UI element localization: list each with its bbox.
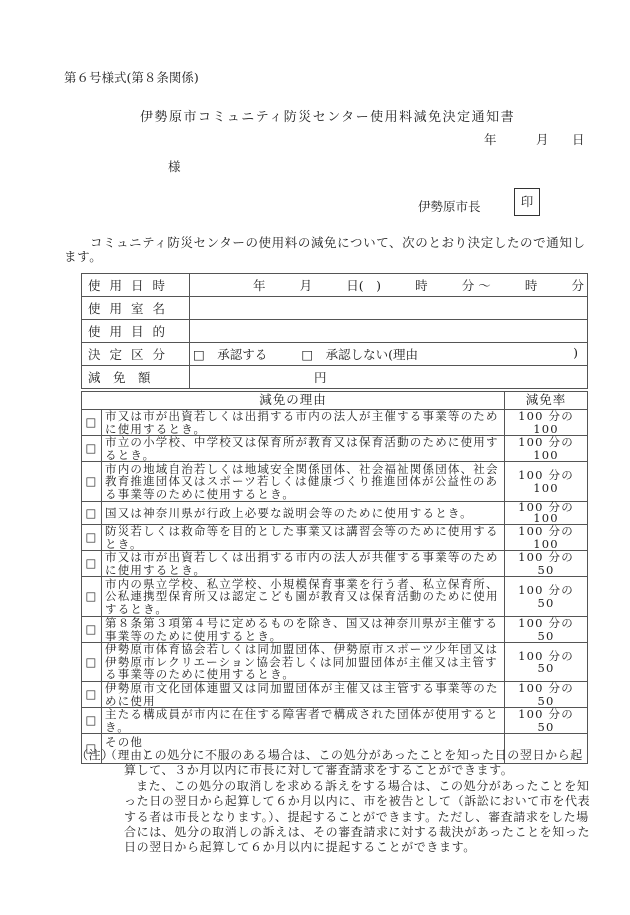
reason-text-9: 伊勢原市体育協会若しくは同加盟団体、伊勢原市スポーツ少年団又は伊勢原市レクリエー…: [102, 643, 505, 682]
reason-row-4: □ 国又は神奈川県が行政上必要な説明会等のために使用するとき。 100 分の 1…: [82, 502, 588, 525]
reason-checkbox-11[interactable]: □: [82, 708, 102, 734]
reason-rate-6: 100 分の 50: [505, 551, 588, 577]
reason-text-4: 国又は神奈川県が行政上必要な説明会等のために使用するとき。: [102, 502, 505, 525]
row-usage-datetime: 使用日時 年 月 日( ) 時 分 〜 時 分: [82, 274, 588, 297]
reason-row-5: □ 防災若しくは救命等を目的とした事業又は講習会等のために使用するとき。 100…: [82, 525, 588, 551]
reason-close-paren: ): [573, 345, 584, 363]
reason-checkbox-7[interactable]: □: [82, 577, 102, 617]
reason-text-1: 市又は市が出資若しくは出捐する市内の法人が主催する事業等のために使用するとき。: [102, 410, 505, 436]
reason-rate-8: 100 分の 50: [505, 617, 588, 643]
row-room-name: 使用室名: [82, 297, 588, 320]
note-text-2: また、この処分の取消しを求める訴えをする場合は、この処分があったことを知った日の…: [124, 779, 590, 855]
dt-min-end: 分: [571, 276, 584, 294]
dt-min-start: 分 〜: [462, 276, 491, 294]
details-table: 使用日時 年 月 日( ) 時 分 〜 時 分 使用室名 使用目的 決定区分 □…: [81, 273, 588, 389]
reason-rate-4: 100 分の 100: [505, 502, 588, 525]
reason-text-7: 市内の県立学校、私立学校、小規模保育事業を行う者、私立保育所、公私連携型保育所又…: [102, 577, 505, 617]
note-section: （注） この処分に不服のある場合は、この処分があったことを知った日の翌日から起算…: [76, 748, 596, 856]
dt-day: 日( ): [346, 276, 381, 294]
reason-checkbox-2[interactable]: □: [82, 436, 102, 462]
value-usage-datetime[interactable]: 年 月 日( ) 時 分 〜 時 分: [190, 274, 588, 297]
reason-checkbox-5[interactable]: □: [82, 525, 102, 551]
other-label: その他: [105, 736, 501, 749]
reasons-table: 減免の理由 減免率 □ 市又は市が出資若しくは出捐する市内の法人が主催する事業等…: [81, 391, 588, 764]
reasons-header: 減免の理由 減免率: [82, 392, 588, 410]
dt-hour-start: 時: [415, 276, 428, 294]
date-day-label: 日: [572, 130, 585, 148]
reason-rate-9: 100 分の 50: [505, 643, 588, 682]
addressee-suffix: 様: [168, 157, 181, 175]
label-usage-datetime: 使用日時: [82, 274, 190, 297]
row-purpose: 使用目的: [82, 320, 588, 343]
reason-text-8: 第８条第３項第４号に定めるものを除き、国又は神奈川県が主催する事業等のために使用…: [102, 617, 505, 643]
label-decision: 決定区分: [82, 343, 190, 366]
dt-hour-end: 時: [525, 276, 538, 294]
reason-checkbox-10[interactable]: □: [82, 682, 102, 708]
reason-row-6: □ 市又は市が出資若しくは出捐する市内の法人が共催する事業等のために使用するとき…: [82, 551, 588, 577]
approve-checkbox[interactable]: □ 承認する: [193, 347, 267, 362]
reason-rate-11: 100 分の 50: [505, 708, 588, 734]
document-title: 伊勢原市コミュニティ防災センター使用料減免決定通知書: [140, 106, 515, 125]
reason-rate-10: 100 分の 50: [505, 682, 588, 708]
header-rate: 減免率: [505, 392, 588, 410]
reason-row-9: □ 伊勢原市体育協会若しくは同加盟団体、伊勢原市スポーツ少年団又は伊勢原市レクリ…: [82, 643, 588, 682]
note-paragraph-2: また、この処分の取消しを求める訴えをする場合は、この処分があったことを知った日の…: [124, 779, 594, 856]
reason-rate-7: 100 分の 50: [505, 577, 588, 617]
reason-rate-5: 100 分の 100: [505, 525, 588, 551]
reason-checkbox-8[interactable]: □: [82, 617, 102, 643]
reason-row-1: □ 市又は市が出資若しくは出捐する市内の法人が主催する事業等のために使用するとき…: [82, 410, 588, 436]
reason-row-3: □ 市内の地域自治若しくは地域安全関係団体、社会福祉関係団体、社会教育推進団体又…: [82, 462, 588, 502]
dt-year: 年: [253, 276, 266, 294]
note-paragraph-1: この処分に不服のある場合は、この処分があったことを知った日の翌日から起算して、３…: [124, 748, 594, 779]
reason-row-11: □ 主たる構成員が市内に在住する障害者で構成された団体が使用するとき。 100 …: [82, 708, 588, 734]
value-purpose[interactable]: [190, 320, 588, 343]
reason-text-5: 防災若しくは救命等を目的とした事業又は講習会等のために使用するとき。: [102, 525, 505, 551]
reason-row-10: □ 伊勢原市文化団体連盟又は同加盟団体が主催又は主管する事業等のために使用 10…: [82, 682, 588, 708]
value-reduction-amount[interactable]: 円: [190, 366, 588, 389]
seal-box: 印: [514, 188, 540, 216]
reason-text-10: 伊勢原市文化団体連盟又は同加盟団体が主催又は主管する事業等のために使用: [102, 682, 505, 708]
value-room-name[interactable]: [190, 297, 588, 320]
dt-month: 月: [300, 276, 313, 294]
reason-checkbox-3[interactable]: □: [82, 462, 102, 502]
reason-text-3: 市内の地域自治若しくは地域安全関係団体、社会福祉関係団体、社会教育推進団体又はス…: [102, 462, 505, 502]
issuer-name: 伊勢原市長: [418, 197, 481, 215]
reason-checkbox-9[interactable]: □: [82, 643, 102, 682]
label-room-name: 使用室名: [82, 297, 190, 320]
intro-sentence: コミュニティ防災センターの使用料の減免について、次のとおり決定したので通知します…: [64, 235, 586, 264]
header-reason: 減免の理由: [82, 392, 505, 410]
value-decision: □ 承認する□ 承認しない(理由 ): [190, 343, 588, 366]
reason-rate-3: 100 分の 100: [505, 462, 588, 502]
date-year-label: 年: [484, 130, 497, 148]
note-head: （注）: [76, 748, 114, 763]
reason-text-11: 主たる構成員が市内に在住する障害者で構成された団体が使用するとき。: [102, 708, 505, 734]
reason-text-6: 市又は市が出資若しくは出捐する市内の法人が共催する事業等のために使用するとき。: [102, 551, 505, 577]
note-text-1: この処分に不服のある場合は、この処分があったことを知った日の翌日から起算して、３…: [124, 748, 583, 777]
row-reduction-amount: 減 免 額 円: [82, 366, 588, 389]
row-decision: 決定区分 □ 承認する□ 承認しない(理由 ): [82, 343, 588, 366]
yen-unit: 円: [193, 370, 327, 385]
reason-checkbox-1[interactable]: □: [82, 410, 102, 436]
reason-text-2: 市立の小学校、中学校又は保育所が教育又は保育活動のために使用するとき。: [102, 436, 505, 462]
reason-rate-2: 100 分の 100: [505, 436, 588, 462]
label-text: 減 免 額: [88, 368, 151, 386]
reason-row-8: □ 第８条第３項第４号に定めるものを除き、国又は神奈川県が主催する事業等のために…: [82, 617, 588, 643]
reason-checkbox-4[interactable]: □: [82, 502, 102, 525]
reason-row-2: □ 市立の小学校、中学校又は保育所が教育又は保育活動のために使用するとき。 10…: [82, 436, 588, 462]
reason-row-7: □ 市内の県立学校、私立学校、小規模保育事業を行う者、私立保育所、公私連携型保育…: [82, 577, 588, 617]
form-number: 第６号様式(第８条関係): [64, 68, 199, 86]
intro-text: コミュニティ防災センターの使用料の減免について、次のとおり決定したので通知します…: [64, 236, 594, 264]
reason-rate-1: 100 分の 100: [505, 410, 588, 436]
label-reduction-amount: 減 免 額: [82, 366, 190, 389]
reject-checkbox[interactable]: □ 承認しない(理由: [301, 347, 418, 362]
label-purpose: 使用目的: [82, 320, 190, 343]
date-month-label: 月: [536, 130, 549, 148]
reason-checkbox-6[interactable]: □: [82, 551, 102, 577]
